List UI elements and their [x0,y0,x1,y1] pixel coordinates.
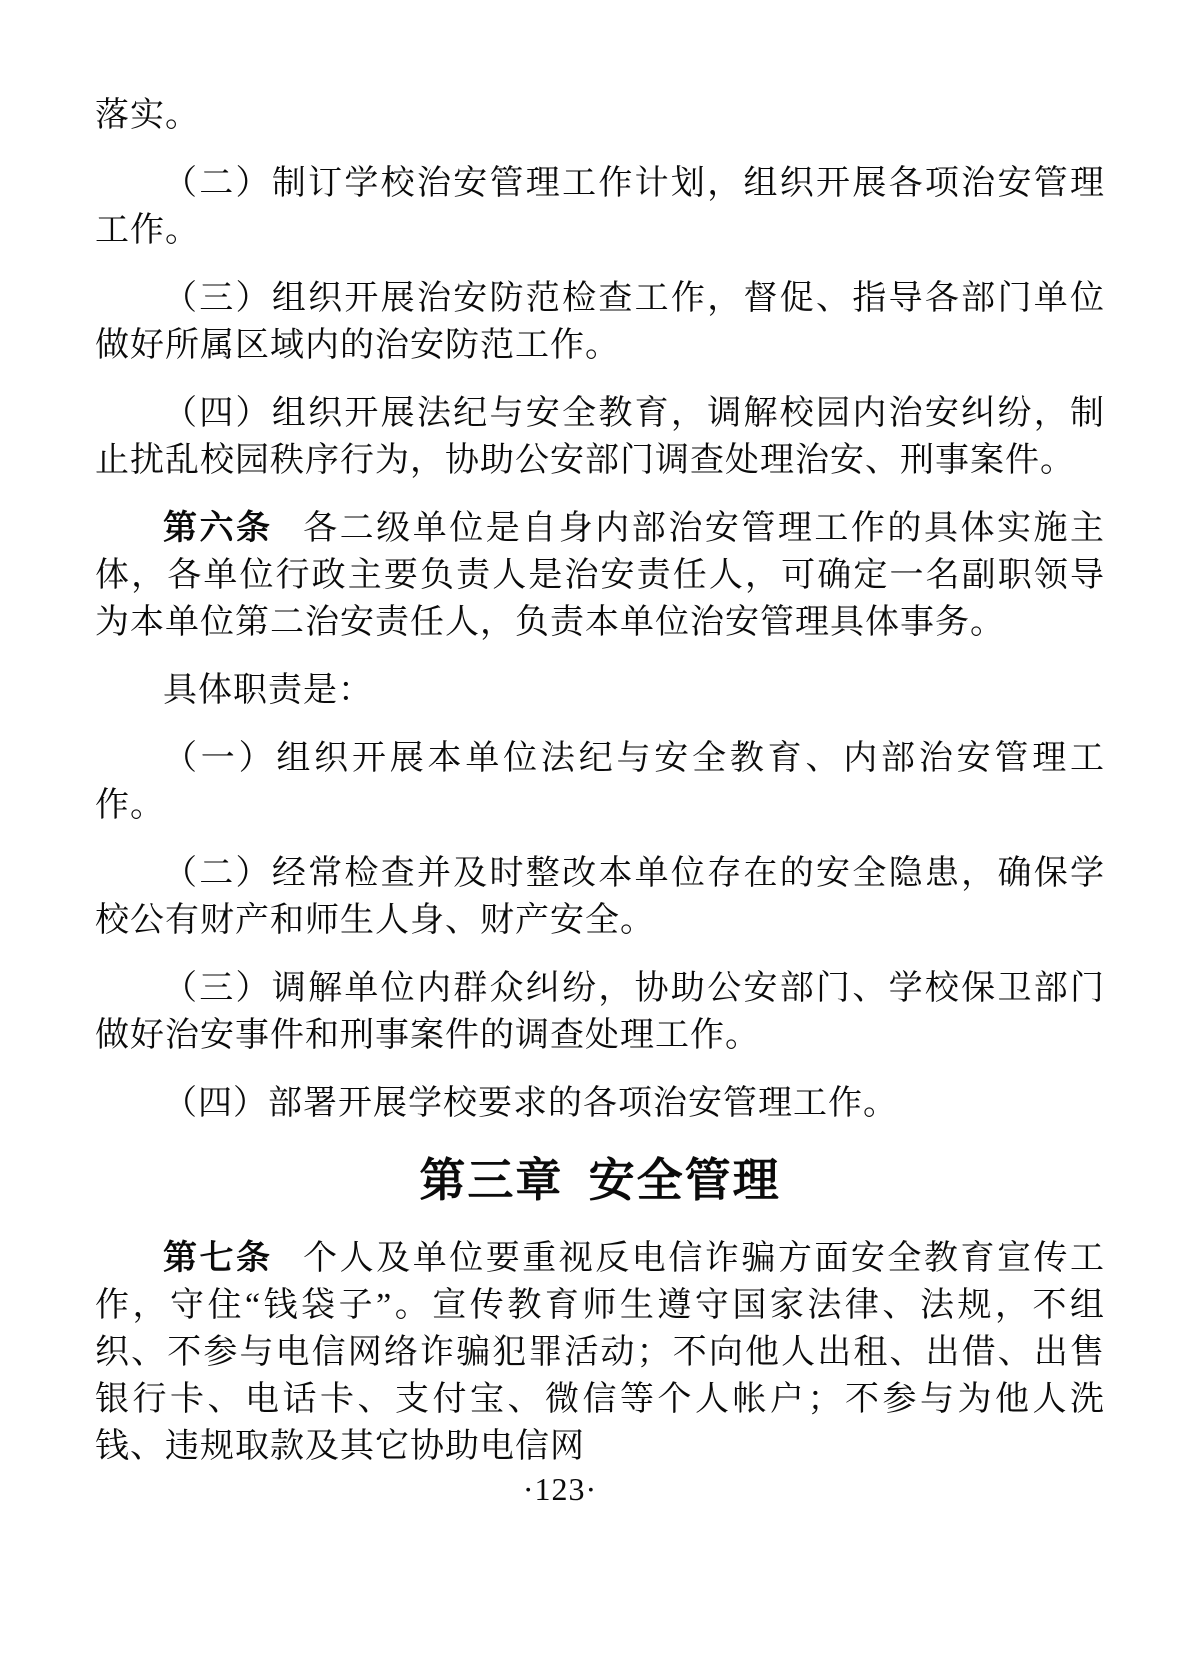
chapter-title: 安全管理 [589,1155,781,1206]
item-2-paragraph: （二）制订学校治安管理工作计划，组织开展各项治安管理工作。 [95,160,1105,254]
article-6-label: 第六条 [163,510,273,547]
article-6-paragraph: 第六条各二级单位是自身内部治安管理工作的具体实施主体，各单位行政主要负责人是治安… [95,505,1105,646]
article-7-paragraph: 第七条个人及单位要重视反电信诈骗方面安全教育宣传工作，守住“钱袋子”。宣传教育师… [95,1235,1105,1470]
item-3-paragraph: （三）组织开展治安防范检查工作，督促、指导各部门单位做好所属区域内的治安防范工作… [95,275,1105,369]
item-4-paragraph: （四）组织开展法纪与安全教育，调解校园内治安纠纷，制止扰乱校园秩序行为，协助公安… [95,390,1105,484]
document-page: 落实。 （二）制订学校治安管理工作计划，组织开展各项治安管理工作。 （三）组织开… [0,0,1190,1670]
article-7-label: 第七条 [163,1240,273,1277]
chapter-number: 第三章 [419,1155,563,1206]
duty-item-4-paragraph: （四）部署开展学校要求的各项治安管理工作。 [95,1080,1105,1127]
duty-item-1-paragraph: （一）组织开展本单位法纪与安全教育、内部治安管理工作。 [95,735,1105,829]
chapter-3-heading: 第三章安全管理 [95,1149,1105,1213]
duty-item-3-paragraph: （三）调解单位内群众纠纷，协助公安部门、学校保卫部门做好治安事件和刑事案件的调查… [95,965,1105,1059]
paragraph-carryover: 落实。 [95,92,1105,139]
duties-intro-paragraph: 具体职责是： [95,667,1105,714]
page-number: ·123· [0,1468,1120,1510]
duty-item-2-paragraph: （二）经常检查并及时整改本单位存在的安全隐患，确保学校公有财产和师生人身、财产安… [95,850,1105,944]
